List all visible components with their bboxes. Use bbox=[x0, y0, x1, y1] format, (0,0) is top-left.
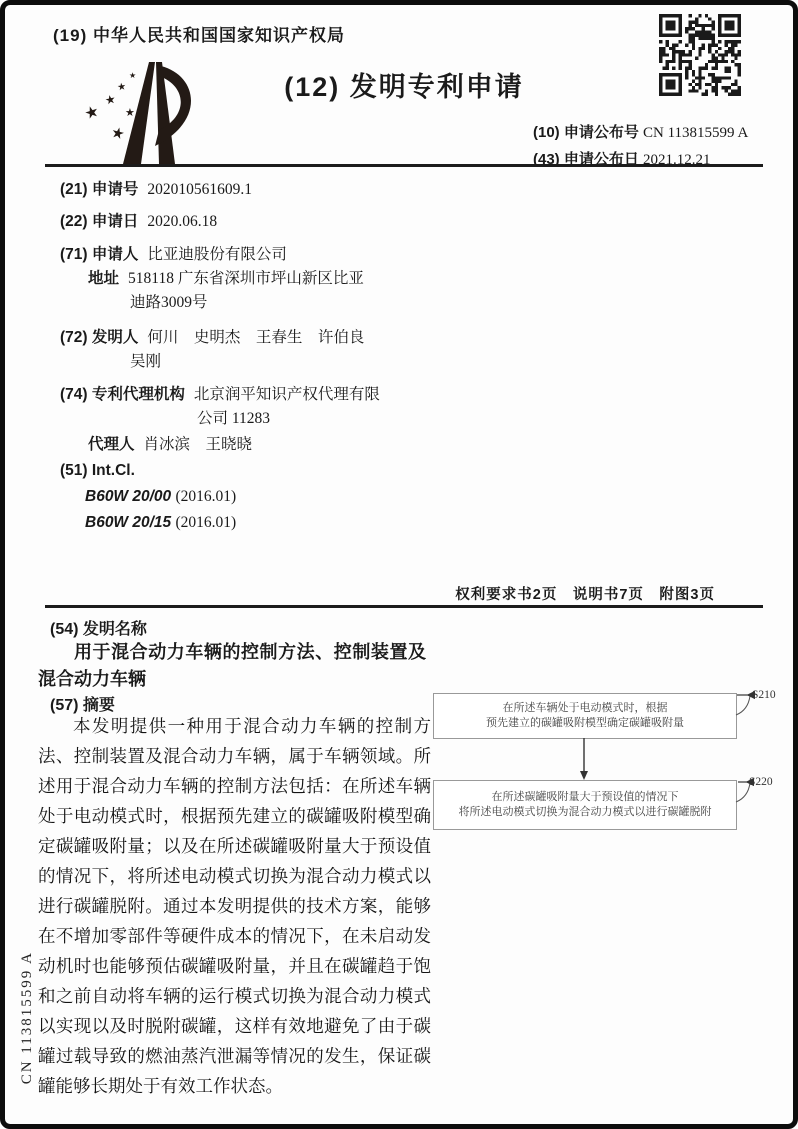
agency-row: (74) 专利代理机构北京润平知识产权代理有限 bbox=[60, 382, 380, 404]
patent-front-page: (19) 中华人民共和国国家知识产权局 ★ ★ ★ ★ ★ ★ (12) 发明专… bbox=[0, 0, 798, 1129]
svg-text:★: ★ bbox=[83, 103, 102, 124]
filing-date-label: (22) 申请日 bbox=[60, 213, 138, 230]
publication-number-value: CN 113815599 A bbox=[643, 125, 748, 141]
ipc-year-1: (2016.01) bbox=[175, 488, 236, 505]
agent-value: 肖冰滨 王晓晓 bbox=[144, 436, 253, 453]
filing-date-value: 2020.06.18 bbox=[147, 213, 217, 230]
address-label: 地址 bbox=[88, 270, 119, 287]
address-row-cont: 迪路3009号 bbox=[130, 290, 208, 312]
ipc-code-1: B60W 20/00 bbox=[85, 488, 171, 505]
inventors-value-line1: 何川 史明杰 王春生 许伯良 bbox=[147, 329, 364, 346]
agency-row-cont: 公司 11283 bbox=[197, 406, 270, 428]
ipc-row-2: B60W 20/15 (2016.01) bbox=[85, 514, 236, 532]
flowchart-connectors bbox=[430, 685, 798, 845]
abstract-text: 本发明提供一种用于混合动力车辆的控制方法、控制装置及混合动力车辆，属于车辆领域。… bbox=[38, 711, 431, 1101]
publication-number-line: (10) 申请公布号 CN 113815599 A bbox=[533, 121, 748, 142]
ipc-header-label: (51) Int.Cl. bbox=[60, 462, 135, 479]
application-number-label: (21) 申请号 bbox=[60, 181, 138, 198]
invention-title-label: (54) 发明名称 bbox=[50, 616, 147, 639]
filing-date-row: (22) 申请日2020.06.18 bbox=[60, 209, 217, 231]
agent-row: 代理人肖冰滨 王晓晓 bbox=[88, 432, 252, 454]
agent-label: 代理人 bbox=[88, 436, 135, 453]
ipc-code-2: B60W 20/15 bbox=[85, 514, 171, 531]
inventors-row: (72) 发明人何川 史明杰 王春生 许伯良 bbox=[60, 325, 364, 347]
agency-value-line1: 北京润平知识产权代理有限 bbox=[194, 386, 380, 403]
publication-number-label: (10) 申请公布号 bbox=[533, 124, 639, 141]
inventors-value-line2: 吴刚 bbox=[130, 353, 161, 370]
ipc-year-2: (2016.01) bbox=[175, 514, 236, 531]
applicant-label: (71) 申请人 bbox=[60, 246, 138, 263]
agency-value-line2: 公司 11283 bbox=[197, 410, 270, 427]
side-publication-number: CN 113815599 A bbox=[19, 951, 36, 1084]
address-value-line1: 518118 广东省深圳市坪山新区比亚 bbox=[128, 270, 364, 287]
section-divider bbox=[45, 605, 763, 608]
flowchart-figure: 在所述车辆处于电动模式时，根据 预先建立的碳罐吸附模型确定碳罐吸附量 在所述碳罐… bbox=[430, 685, 798, 845]
svg-text:★: ★ bbox=[125, 107, 135, 119]
issuing-office: (19) 中华人民共和国国家知识产权局 bbox=[53, 21, 345, 46]
page-counts: 权利要求书2页 说明书7页 附图3页 bbox=[5, 583, 715, 604]
svg-text:★: ★ bbox=[109, 124, 126, 144]
applicant-row: (71) 申请人比亚迪股份有限公司 bbox=[60, 242, 287, 264]
ipc-row-1: B60W 20/00 (2016.01) bbox=[85, 488, 236, 506]
agency-label: (74) 专利代理机构 bbox=[60, 386, 185, 403]
address-row: 地址518118 广东省深圳市坪山新区比亚 bbox=[88, 266, 364, 288]
application-number-value: 202010561609.1 bbox=[147, 181, 252, 198]
applicant-value: 比亚迪股份有限公司 bbox=[147, 246, 287, 263]
application-number-row: (21) 申请号202010561609.1 bbox=[60, 177, 252, 199]
flowchart-step1-ref: S210 bbox=[752, 689, 776, 701]
header-divider bbox=[45, 164, 763, 167]
address-value-line2: 迪路3009号 bbox=[130, 294, 208, 311]
invention-title: 用于混合动力车辆的控制方法、控制装置及混合动力车辆 bbox=[38, 639, 426, 693]
ipc-header-row: (51) Int.Cl. bbox=[60, 462, 144, 480]
inventors-row-cont: 吴刚 bbox=[130, 349, 161, 371]
document-type-title: (12) 发明专利申请 bbox=[5, 65, 798, 104]
inventors-label: (72) 发明人 bbox=[60, 329, 138, 346]
flowchart-step2-ref: S220 bbox=[749, 776, 773, 788]
